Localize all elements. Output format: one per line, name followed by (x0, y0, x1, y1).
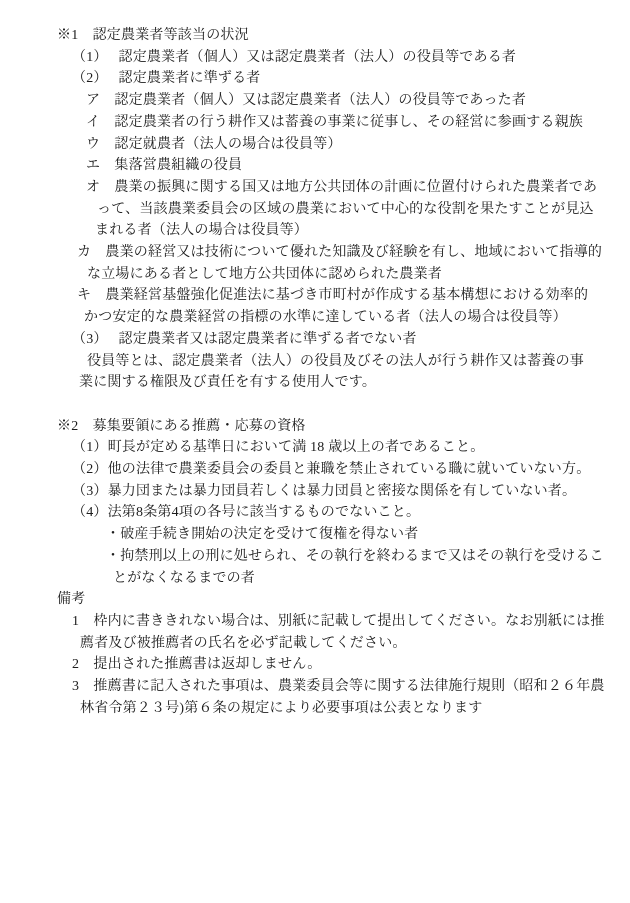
text-line: ア 認定農業者（個人）又は認定農業者（法人）の役員等であった者 (86, 90, 630, 112)
text-line: （2）他の法律で農業委員会の委員と兼職を禁止されている職に就いていない方。 (72, 459, 630, 481)
text-line: 2 提出された推薦書は返却しません。 (72, 654, 630, 676)
text-line: （2） 認定農業者に準ずる者 (72, 68, 630, 90)
text-line: 1 枠内に書ききれない場合は、別紙に記載して提出してください。なお別紙には推 (72, 611, 630, 633)
text-line: （4）法第8条第4項の各号に該当するものでないこと。 (72, 502, 630, 524)
text-line: 薦者及び被推薦者の氏名を必ず記載してください。 (80, 633, 630, 655)
text-line: 備考 (57, 589, 630, 611)
section-remarks: 備考1 枠内に書ききれない場合は、別紙に記載して提出してください。なお別紙には推… (0, 589, 630, 719)
text-line: ・破産手続き開始の決定を受けて復権を得ない者 (106, 524, 630, 546)
text-line: （1）町長が定める基準日において満 18 歳以上の者であること。 (72, 437, 630, 459)
text-line: ・拘禁刑以上の刑に処せられ、その執行を終わるまで又はその執行を受けるこ (106, 546, 630, 568)
text-line: ※2 募集要領にある推薦・応募の資格 (57, 416, 630, 438)
text-line: 業に関する権限及び責任を有する使用人です。 (79, 372, 630, 394)
text-line: オ 農業の振興に関する国又は地方公共団体の計画に位置付けられた農業者であ (86, 177, 630, 199)
text-line: カ 農業の経営又は技術について優れた知識及び経験を有し、地域において指導的 (77, 242, 630, 264)
text-line: ウ 認定就農者（法人の場合は役員等） (86, 134, 630, 156)
text-line: まれる者（法人の場合は役員等） (95, 220, 630, 242)
text-line: キ 農業経営基盤強化促進法に基づき市町村が作成する基本構想における効率的 (77, 285, 630, 307)
text-line: （3）暴力団または暴力団員若しくは暴力団員と密接な関係を有していない者。 (72, 481, 630, 503)
text-line: エ 集落営農組織の役員 (86, 155, 630, 177)
text-line: イ 認定農業者の行う耕作又は蓄養の事業に従事し、その経営に参画する親族 (86, 112, 630, 134)
section-certified-farmer-status: ※1 認定農業者等該当の状況（1） 認定農業者（個人）又は認定農業者（法人）の役… (0, 25, 630, 394)
text-line: ※1 認定農業者等該当の状況 (57, 25, 630, 47)
text-line: （3） 認定農業者又は認定農業者に準ずる者でない者 (72, 329, 630, 351)
document-page: ※1 認定農業者等該当の状況（1） 認定農業者（個人）又は認定農業者（法人）の役… (0, 0, 630, 903)
text-line: って、当該農業委員会の区域の農業において中心的な役割を果たすことが見込 (97, 199, 630, 221)
text-line: とがなくなるまでの者 (113, 568, 630, 590)
text-line: （1） 認定農業者（個人）又は認定農業者（法人）の役員等である者 (72, 47, 630, 69)
text-line: 役員等とは、認定農業者（法人）の役員及びその法人が行う耕作又は蓄養の事 (87, 351, 630, 373)
text-line: な立場にある者として地方公共団体に認められた農業者 (87, 264, 630, 286)
text-line: 林省令第２３号)第６条の規定により必要事項は公表となります (80, 698, 630, 720)
section-recruitment-qualifications: ※2 募集要領にある推薦・応募の資格（1）町長が定める基準日において満 18 歳… (0, 416, 630, 590)
text-line: 3 推薦書に記入された事項は、農業委員会等に関する法律施行規則（昭和２６年農 (72, 676, 630, 698)
text-line: かつ安定的な農業経営の指標の水準に達している者（法人の場合は役員等） (84, 307, 630, 329)
